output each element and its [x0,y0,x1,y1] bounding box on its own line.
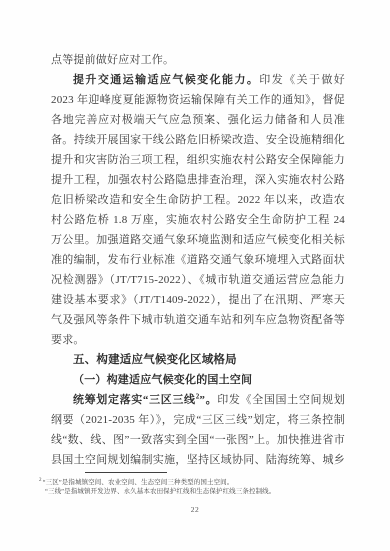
document-page: 点等提前做好应对工作。 提升交通运输适应气候变化能力。印发《关于做好 2023 … [0,0,390,551]
paragraph-transport-lead: 提升交通运输适应气候变化能力。 [73,74,259,86]
page-number: 22 [0,505,390,514]
footnote-line-1: 2“三区”是指城镇空间、农业空间、生态空间三种类型的国土空间。 [39,479,319,488]
section-heading: 五、构建适应气候变化区域格局 [51,350,345,370]
paragraph-transport: 提升交通运输适应气候变化能力。印发《关于做好 2023 年迎峰度夏能源物资运输保… [51,70,345,350]
paragraph-land-lead: 统筹划定落实“三区三线2”。 [73,394,217,406]
page-content: 点等提前做好应对工作。 提升交通运输适应气候变化能力。印发《关于做好 2023 … [51,50,345,468]
footnote-marker: 2 [39,478,42,483]
paragraph-land: 统筹划定落实“三区三线2”。印发《全国国土空间规划纲要（2021-2035 年）… [51,390,345,468]
paragraph-land-lead-close: ”。 [199,394,217,406]
footnote-line-1-text: “三区”是指城镇空间、农业空间、生态空间三种类型的国土空间。 [43,479,234,486]
paragraph-land-lead-text: 统筹划定落实“三区三线 [73,394,196,406]
footnote-line-2: “三线”是指城镇开发边界、永久基本农田保护红线和生态保护红线三条控制线。 [39,488,319,497]
footnote-separator [85,472,167,473]
footnote-block: 2“三区”是指城镇空间、农业空间、生态空间三种类型的国土空间。 “三线”是指城镇… [39,479,319,496]
subsection-heading: （一）构建适应气候变化的国土空间 [51,370,345,390]
paragraph-transport-body: 印发《关于做好 2023 年迎峰度夏能源物资运输保障有关工作的通知》，督促各地完… [51,74,345,346]
paragraph-continuation: 点等提前做好应对工作。 [51,50,345,70]
